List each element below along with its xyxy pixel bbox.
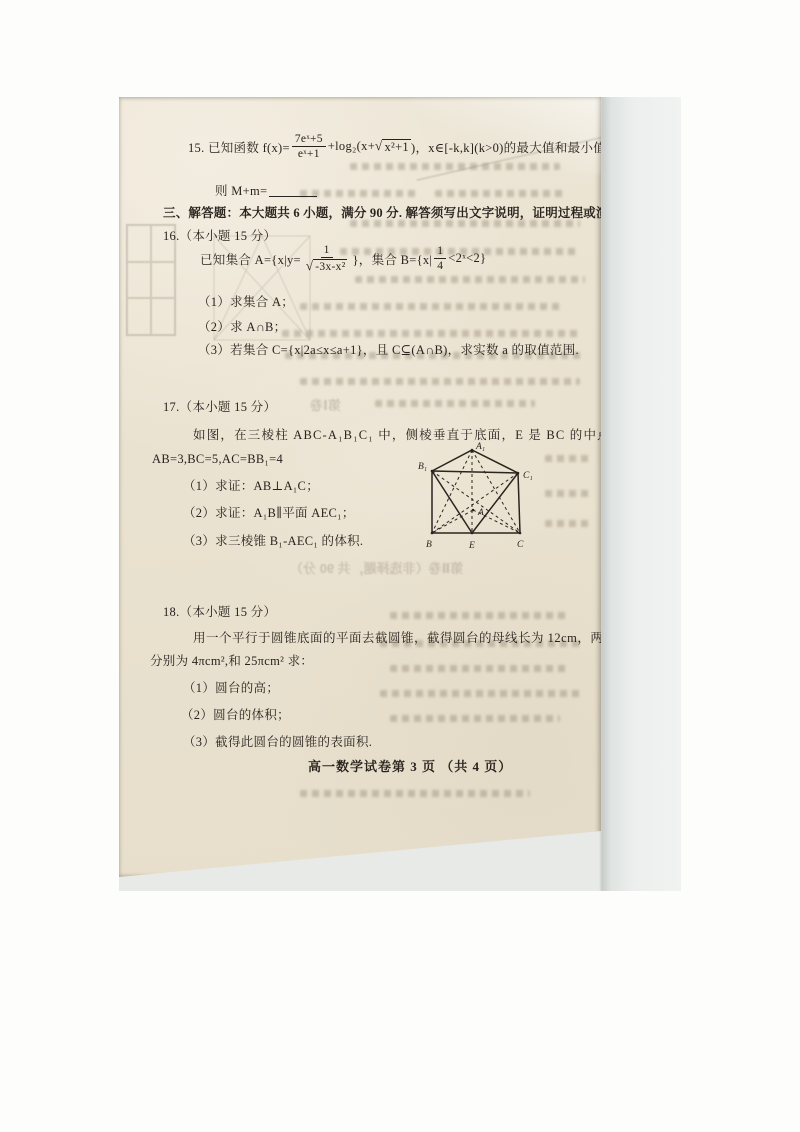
question-16-sets-line: 已知集合 A={x|y= 1 √-3x-x² }，集合 B={x| 1 4 <2… [200,244,486,274]
bleedthrough-smudge [545,455,591,462]
prism-vertices [431,449,522,535]
question-18-header: 18.（本小题 15 分） [163,602,276,620]
question-16-part-2: （2）求 A∩B； [198,317,286,335]
vertex-label-e: E [468,541,475,551]
bleedthrough-smudge [300,303,560,310]
q15-answer-prefix: 则 M+m= [215,181,267,199]
prism-labels: A₁ B₁ C₁ A B E C [418,442,533,551]
q16-fraction-1: 1 √-3x-x² [303,244,351,274]
q15-fraction-denominator: eˣ+1 [295,147,323,160]
bleedthrough-smudge [435,190,565,197]
bleedthrough-smudge [300,790,530,797]
bleedthrough-smudge [350,220,580,227]
question-18-part-2: （2）圆台的体积； [181,705,290,723]
bleedthrough-smudge [545,520,591,527]
q16-fraction-1-numerator: 1 [321,244,333,258]
bleedthrough-smudge [355,276,585,283]
q16-fraction-2-numerator: 1 [434,245,446,259]
question-17-header: 17.（本小题 15 分） [163,397,276,415]
q15-radical: √ x²+1 [375,139,411,155]
vertex-label-b1: B₁ [418,462,427,472]
question-16-header: 16.（本小题 15 分） [163,226,276,244]
prism-solid-edges [432,450,520,533]
bleedthrough-smudge [300,190,420,197]
question-17-part-2: （2）求证：A₁B∥平面 AEC₁； [183,503,355,521]
q15-prefix: 15. 已知函数 f(x)= [188,138,290,156]
bleedthrough-smudge [545,490,591,497]
vertex-label-c: C [517,540,524,550]
bleedthrough-smudge [282,330,582,337]
question-17-line-1: 如图，在三棱柱 ABC-A₁B₁C₁ 中，侧棱垂直于底面，E 是 BC 的中点， [193,425,625,443]
question-18-line-1: 用一个平行于圆锥底面的平面去截圆锥，截得圆台的母线长为 12cm，两底面面积 [193,628,655,646]
section-3-header: 三、解答题：本大题共 6 小题，满分 90 分. 解答须写出文字说明，证明过程或… [163,203,650,221]
question-17-given-line: AB=3,BC=5,AC=BB₁=4 [152,452,283,467]
question-18-part-1: （1）圆台的高； [183,678,279,696]
bleedthrough-smudge [390,715,560,722]
question-15-answer-line: 则 M+m= [215,181,317,199]
bleedthrough-smudge [300,378,580,385]
question-16-part-3: （3）若集合 C={x|2a≤x≤a+1}，且 C⊆(A∩B)，求实数 a 的取… [198,340,579,358]
q16-fraction-2: 1 4 [434,245,446,272]
q15-mid: +log₂(x+ [328,139,375,154]
q16-lead: 已知集合 A={x|y= [200,250,301,268]
question-17-part-3: （3）求三棱锥 B₁-AEC₁ 的体积. [183,531,363,549]
question-18-part-3: （3）截得此圆台的圆锥的表面积. [183,732,372,750]
vertex-label-b: B [426,540,432,550]
q15-fraction-numerator: 7eˣ+5 [292,133,326,147]
bleedthrough-header-1: 第Ⅰ卷 [310,395,341,414]
bleedthrough-smudge [390,665,570,672]
q16-fraction-1-denominator: √-3x-x² [303,258,351,274]
answer-blank [269,184,317,197]
question-16-part-1: （1）求集合 A； [198,292,294,310]
prism-figure: A₁ B₁ C₁ A B E C [416,440,548,562]
q15-fraction: 7eˣ+5 eˣ+1 [292,133,326,160]
q16-tail: <2ˣ<2} [448,251,486,266]
q16-radical-body: -3x-x² [313,259,347,274]
q15-radical-body: x²+1 [382,139,411,155]
q16-fraction-2-denominator: 4 [434,259,446,272]
bleedthrough-smudge [390,612,570,619]
bleedthrough-smudge [350,163,560,170]
radical-sign: √ [306,259,313,272]
question-17-part-1: （1）求证：AB⊥A₁C； [183,476,319,494]
page-footer: 高一数学试卷第 3 页 （共 4 页） [308,756,512,775]
vertex-label-a1: A₁ [475,442,485,452]
bleedthrough-smudge [380,690,580,697]
bleedthrough-smudge [375,400,535,407]
question-18-line-2: 分别为 4πcm²,和 25πcm² 求： [150,651,313,669]
vertex-label-a: A [477,508,484,518]
radical-sign: √ [375,139,382,152]
q16-mid: }，集合 B={x| [352,250,432,268]
exam-paper: 第Ⅰ卷 第Ⅱ卷（非选择题，共 90 分） 15. 已知函数 f(x)= 7eˣ+… [119,97,601,877]
vertex-label-c1: C₁ [523,471,533,481]
